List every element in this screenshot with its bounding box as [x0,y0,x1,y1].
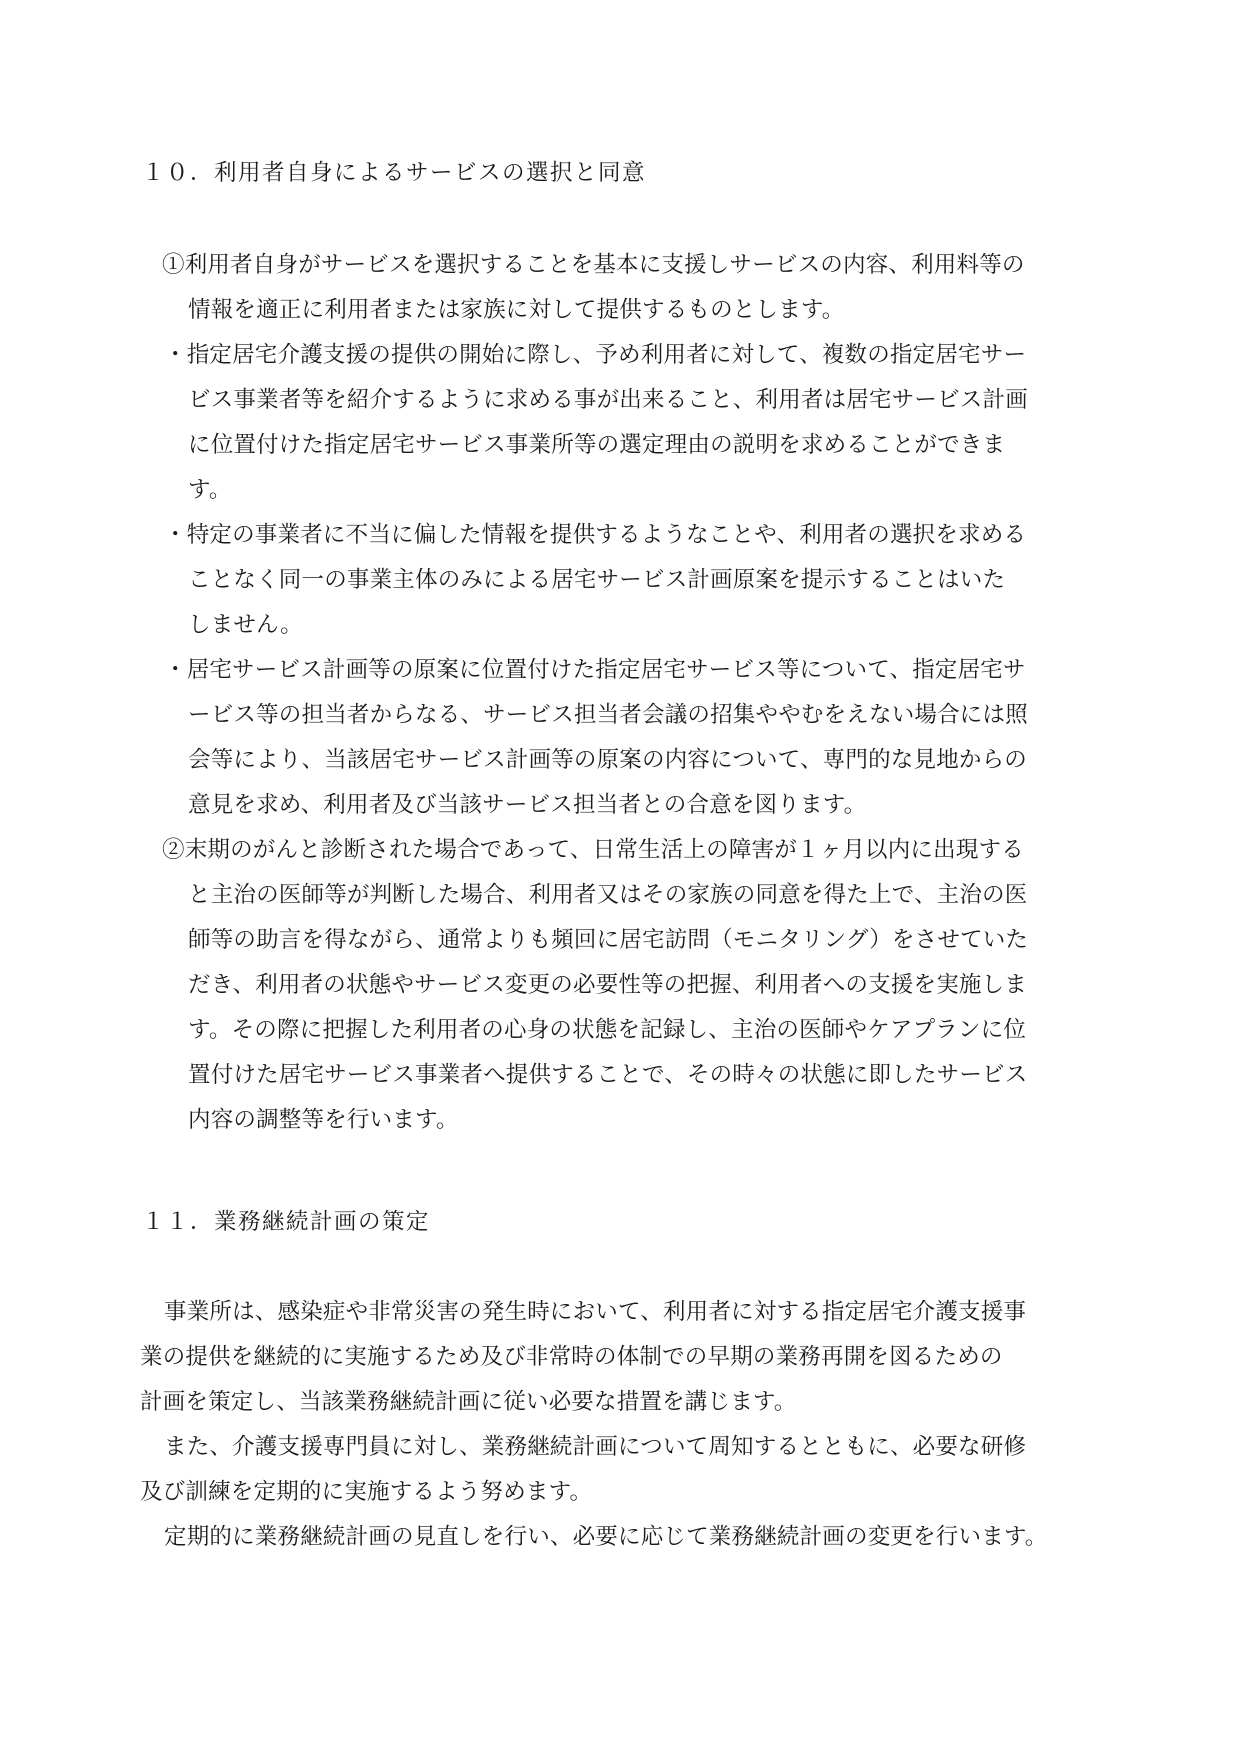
item-2-line-3: 師等の助言を得ながら、通常よりも頻回に居宅訪問（モニタリング）をさせていた [188,925,1028,955]
item-2-line-4: だき、利用者の状態やサービス変更の必要性等の把握、利用者への支援を実施しま [188,970,1027,1000]
para-1-line-2: 業の提供を継続的に実施するため及び非常時の体制での早期の業務再開を図るための [140,1342,1003,1372]
item-1-line-1: ①利用者自身がサービスを選択することを基本に支援しサービスの内容、利用料等の [162,250,1025,280]
bullet-1-line-1: ・指定居宅介護支援の提供の開始に際し、予め利用者に対して、複数の指定居宅サー [164,340,1026,370]
para-2-line-2: 及び訓練を定期的に実施するよう努めます。 [140,1477,592,1507]
section-11-heading: １１．業務継続計画の策定 [142,1207,430,1237]
item-2-line-6: 置付けた居宅サービス事業者へ提供することで、その時々の状態に即したサービス [188,1060,1027,1090]
para-1-line-1: 事業所は、感染症や非常災害の発生時において、利用者に対する指定居宅介護支援事 [164,1297,1026,1327]
item-1-line-2: 情報を適正に利用者または家族に対して提供するものとします。 [188,295,845,325]
bullet-3-line-3: 会等により、当該居宅サービス計画等の原案の内容について、専門的な見地からの [188,745,1027,775]
section-10-heading: １０．利用者自身によるサービスの選択と同意 [142,158,646,188]
bullet-3-line-1: ・居宅サービス計画等の原案に位置付けた指定居宅サービス等について、指定居宅サ [164,655,1026,685]
item-2-line-7: 内容の調整等を行います。 [188,1105,459,1135]
bullet-1-line-3: に位置付けた指定居宅サービス事業所等の選定理由の説明を求めることができま [188,430,1005,460]
bullet-2-line-3: しません。 [188,610,303,640]
para-1-line-3: 計画を策定し、当該業務継続計画に従い必要な措置を講じます。 [140,1387,797,1417]
item-2-line-5: す。その際に把握した利用者の心身の状態を記録し、主治の医師やケアプランに位 [188,1015,1026,1045]
bullet-3-line-4: 意見を求め、利用者及び当該サービス担当者との合意を図ります。 [188,790,866,820]
bullet-3-line-2: ービス等の担当者からなる、サービス担当者会議の招集ややむをえない場合には照 [188,700,1028,730]
bullet-2-line-1: ・特定の事業者に不当に偏した情報を提供するようなことや、利用者の選択を求める [164,520,1026,550]
bullet-2-line-2: ことなく同一の事業主体のみによる居宅サービス計画原案を提示することはいた [188,565,1005,595]
para-2-line-1: また、介護支援専門員に対し、業務継続計画について周知するとともに、必要な研修 [164,1432,1026,1462]
para-3-line-1: 定期的に業務継続計画の見直しを行い、必要に応じて業務継続計画の変更を行います。 [164,1522,1048,1552]
bullet-1-line-4: す。 [188,475,232,505]
item-2-line-1: ②末期のがんと診断された場合であって、日常生活上の障害が１ヶ月以内に出現する [162,835,1024,865]
item-2-line-2: と主治の医師等が判断した場合、利用者又はその家族の同意を得た上で、主治の医 [188,880,1027,910]
bullet-1-line-2: ビス事業者等を紹介するように求める事が出来ること、利用者は居宅サービス計画 [188,385,1028,415]
